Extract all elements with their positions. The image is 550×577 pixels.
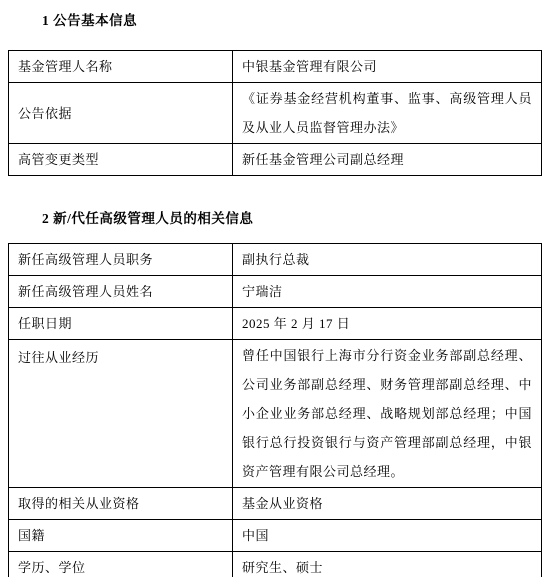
row-value-new-executive-position: 副执行总裁 (233, 244, 542, 276)
table-row: 过往从业经历 曾任中国银行上海市分行资金业务部副总经理、公司业务部副总经理、财务… (9, 340, 542, 488)
table-row: 新任高级管理人员姓名 宁瑞洁 (9, 276, 542, 308)
row-label-fund-manager-name: 基金管理人名称 (9, 51, 233, 83)
row-label-education-degree: 学历、学位 (9, 552, 233, 577)
table-row: 新任高级管理人员职务 副执行总裁 (9, 244, 542, 276)
table-row: 学历、学位 研究生、硕士 (9, 552, 542, 577)
row-value-nationality: 中国 (233, 520, 542, 552)
row-value-fund-manager-name: 中银基金管理有限公司 (233, 51, 542, 83)
executive-info-table: 新任高级管理人员职务 副执行总裁 新任高级管理人员姓名 宁瑞洁 任职日期 202… (8, 243, 542, 577)
row-label-professional-qualification: 取得的相关从业资格 (9, 488, 233, 520)
row-label-new-executive-position: 新任高级管理人员职务 (9, 244, 233, 276)
section-1-heading: 1 公告基本信息 (42, 0, 550, 29)
table-row: 任职日期 2025 年 2 月 17 日 (9, 308, 542, 340)
row-label-new-executive-name: 新任高级管理人员姓名 (9, 276, 233, 308)
row-value-appointment-date: 2025 年 2 月 17 日 (233, 308, 542, 340)
row-value-announcement-basis: 《证券基金经营机构董事、监事、高级管理人员及从业人员监督管理办法》 (233, 83, 542, 144)
row-value-career-history: 曾任中国银行上海市分行资金业务部副总经理、公司业务部副总经理、财务管理部副总经理… (233, 340, 542, 488)
table-row: 国籍 中国 (9, 520, 542, 552)
announcement-document-page: 1 公告基本信息 基金管理人名称 中银基金管理有限公司 公告依据 《证券基金经营… (0, 0, 550, 577)
row-value-education-degree: 研究生、硕士 (233, 552, 542, 577)
row-value-new-executive-name: 宁瑞洁 (233, 276, 542, 308)
table-row: 基金管理人名称 中银基金管理有限公司 (9, 51, 542, 83)
row-value-executive-change-type: 新任基金管理公司副总经理 (233, 144, 542, 176)
row-label-announcement-basis: 公告依据 (9, 83, 233, 144)
row-label-career-history: 过往从业经历 (9, 340, 233, 488)
basic-info-table: 基金管理人名称 中银基金管理有限公司 公告依据 《证券基金经营机构董事、监事、高… (8, 50, 542, 176)
row-label-appointment-date: 任职日期 (9, 308, 233, 340)
table-row: 公告依据 《证券基金经营机构董事、监事、高级管理人员及从业人员监督管理办法》 (9, 83, 542, 144)
table-row: 高管变更类型 新任基金管理公司副总经理 (9, 144, 542, 176)
row-label-executive-change-type: 高管变更类型 (9, 144, 233, 176)
row-value-professional-qualification: 基金从业资格 (233, 488, 542, 520)
table-row: 取得的相关从业资格 基金从业资格 (9, 488, 542, 520)
section-2-heading: 2 新/代任高级管理人员的相关信息 (42, 207, 550, 227)
row-label-nationality: 国籍 (9, 520, 233, 552)
